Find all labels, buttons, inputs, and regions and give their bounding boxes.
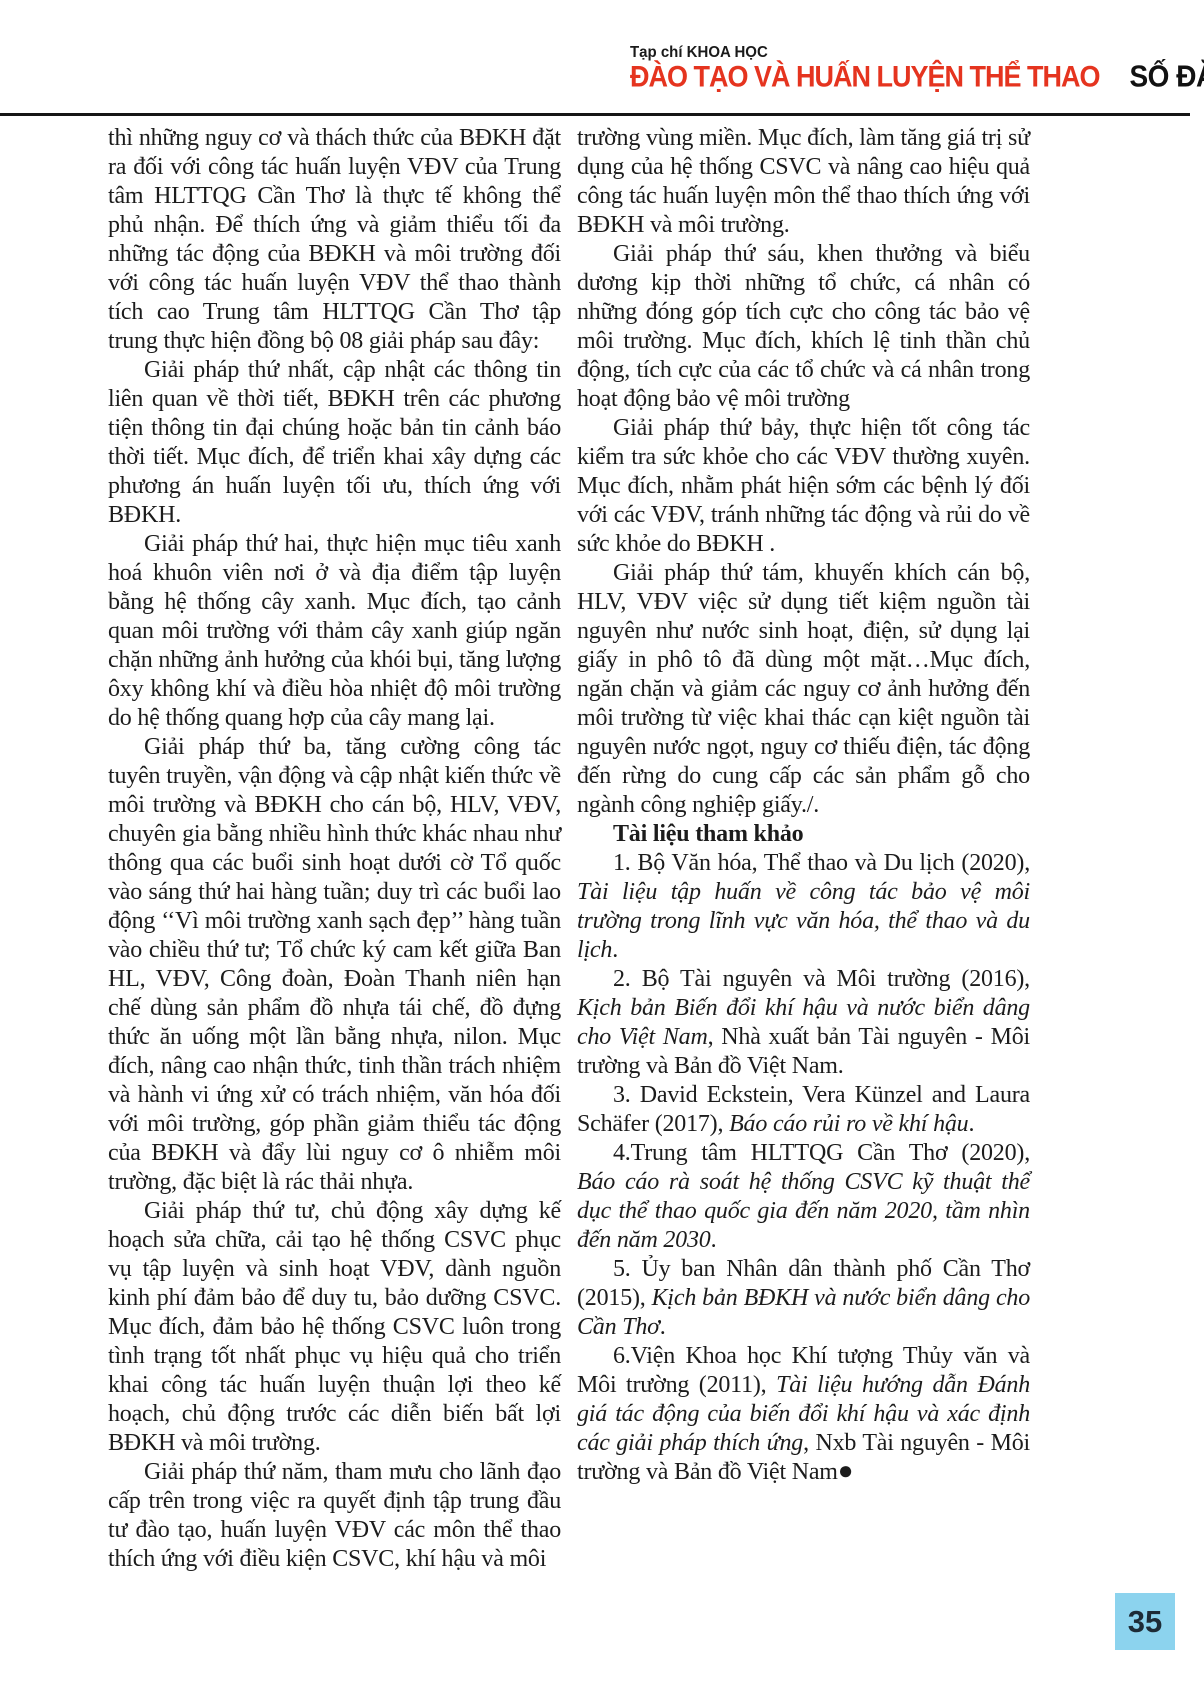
- text-segment: .: [612, 937, 618, 963]
- paragraph: Giải pháp thứ tám, khuyến khích cán bộ, …: [577, 559, 1030, 820]
- text-segment: 1. Bộ Văn hóa, Thể thao và Du lịch (2020…: [613, 850, 1030, 876]
- article-body: thì những nguy cơ và thách thức của BĐKH…: [108, 124, 1030, 1574]
- page-number: 35: [1128, 1604, 1162, 1640]
- paragraph: Giải pháp thứ bảy, thực hiện tốt công tá…: [577, 414, 1030, 559]
- references-heading: Tài liệu tham khảo: [577, 820, 1030, 849]
- paragraph: thì những nguy cơ và thách thức của BĐKH…: [108, 124, 561, 356]
- text-segment: Giải pháp thứ nhất, cập nhật các thông t…: [108, 357, 561, 528]
- journal-name-block: Tạp chí KHOA HỌC ĐÀO TẠO VÀ HUẤN LUYỆN T…: [630, 44, 1100, 94]
- reference-item: 4.Trung tâm HLTTQG Cần Thơ (2020), Báo c…: [577, 1139, 1030, 1255]
- header-rule: [0, 113, 1190, 116]
- reference-title-italic: Báo cáo rà soát hệ thống CSVC kỹ thuật t…: [577, 1169, 1030, 1253]
- text-segment: .: [711, 1227, 717, 1253]
- paragraph: Giải pháp thứ tư, chủ động xây dựng kế h…: [108, 1197, 561, 1458]
- text-segment: Giải pháp thứ sáu, khen thưởng và biểu d…: [577, 241, 1030, 412]
- text-segment: Giải pháp thứ năm, tham mưu cho lãnh đạo…: [108, 1459, 561, 1572]
- reference-title-italic: Báo cáo rủi ro về khí hậu: [729, 1111, 968, 1137]
- reference-item: 5. Ủy ban Nhân dân thành phố Cần Thơ (20…: [577, 1255, 1030, 1342]
- text-segment: trường vùng miền. Mục đích, làm tăng giá…: [577, 125, 1030, 238]
- text-segment: 2. Bộ Tài nguyên và Môi trường (2016),: [613, 966, 1030, 992]
- journal-small-title: Tạp chí KHOA HỌC: [630, 43, 768, 61]
- text-segment: 4.Trung tâm HLTTQG Cần Thơ (2020),: [613, 1140, 1030, 1166]
- text-segment: Tài liệu tham khảo: [613, 821, 803, 847]
- text-segment: .: [660, 1314, 666, 1340]
- reference-item: 6.Viện Khoa học Khí tượng Thủy văn và Mô…: [577, 1342, 1030, 1487]
- text-segment: Giải pháp thứ tư, chủ động xây dựng kế h…: [108, 1198, 561, 1456]
- reference-item: 3. David Eckstein, Vera Künzel and Laura…: [577, 1081, 1030, 1139]
- text-segment: Giải pháp thứ hai, thực hiện mục tiêu xa…: [108, 531, 561, 731]
- text-segment: Giải pháp thứ bảy, thực hiện tốt công tá…: [577, 415, 1030, 557]
- issue-label: SỐ ĐẶC BIỆT / 2020: [1130, 59, 1204, 94]
- right-column: trường vùng miền. Mục đích, làm tăng giá…: [577, 124, 1030, 1574]
- page-number-badge: 35: [1115, 1593, 1175, 1650]
- reference-item: 1. Bộ Văn hóa, Thể thao và Du lịch (2020…: [577, 849, 1030, 965]
- journal-page: Tạp chí KHOA HỌC ĐÀO TẠO VÀ HUẤN LUYỆN T…: [0, 0, 1204, 1682]
- paragraph: Giải pháp thứ nhất, cập nhật các thông t…: [108, 356, 561, 530]
- paragraph: Giải pháp thứ hai, thực hiện mục tiêu xa…: [108, 530, 561, 733]
- left-column: thì những nguy cơ và thách thức của BĐKH…: [108, 124, 561, 1574]
- paragraph: Giải pháp thứ sáu, khen thưởng và biểu d…: [577, 240, 1030, 414]
- text-segment: .: [968, 1111, 974, 1137]
- reference-title-italic: Tài liệu tập huấn về công tác bảo vệ môi…: [577, 879, 1030, 963]
- journal-title: ĐÀO TẠO VÀ HUẤN LUYỆN THỂ THAO: [630, 60, 1100, 94]
- text-segment: Giải pháp thứ tám, khuyến khích cán bộ, …: [577, 560, 1030, 818]
- paragraph: Giải pháp thứ ba, tăng cường công tác tu…: [108, 733, 561, 1197]
- masthead: Tạp chí KHOA HỌC ĐÀO TẠO VÀ HUẤN LUYỆN T…: [630, 44, 1204, 94]
- paragraph: Giải pháp thứ năm, tham mưu cho lãnh đạo…: [108, 1458, 561, 1574]
- reference-item: 2. Bộ Tài nguyên và Môi trường (2016), K…: [577, 965, 1030, 1081]
- paragraph: trường vùng miền. Mục đích, làm tăng giá…: [577, 124, 1030, 240]
- text-segment: thì những nguy cơ và thách thức của BĐKH…: [108, 125, 561, 354]
- text-segment: Giải pháp thứ ba, tăng cường công tác tu…: [108, 734, 561, 1195]
- text-segment: ●: [838, 1456, 854, 1485]
